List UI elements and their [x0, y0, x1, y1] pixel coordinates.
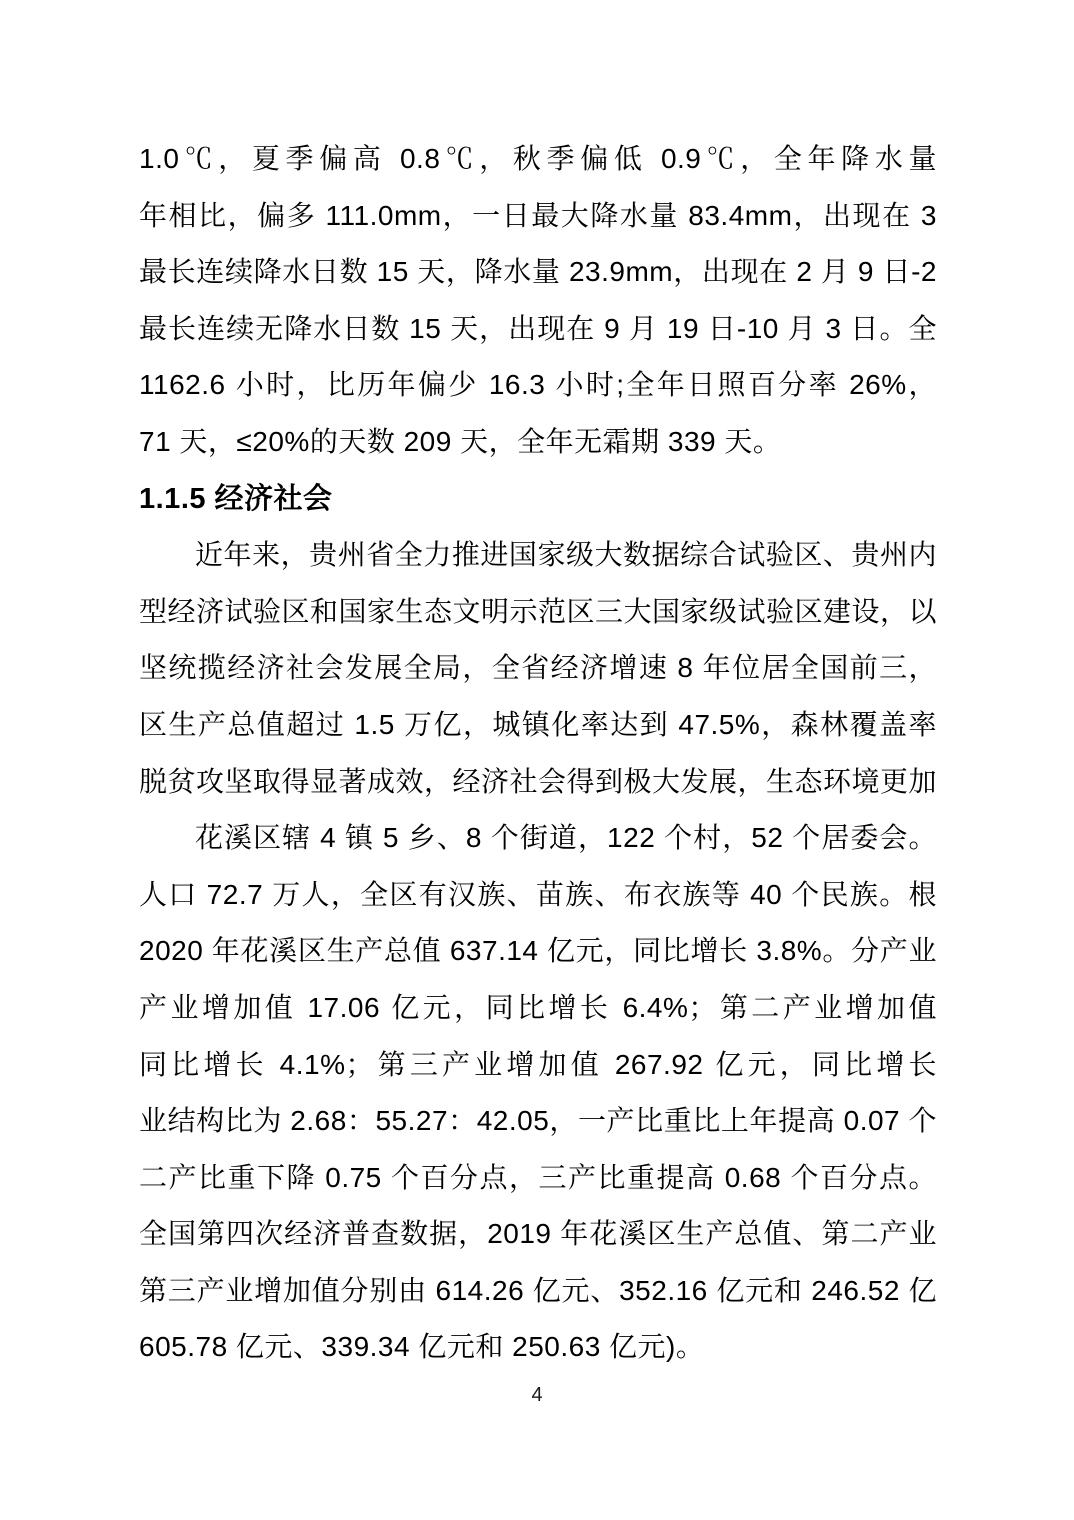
- paragraph-line: 产业增加值 17.06 亿元，同比增长 6.4%；第二产业增加值 352.16 …: [139, 980, 937, 1037]
- paragraph-line: 同比增长 4.1%；第三产业增加值 267.92 亿元，同比增长 3.0%。三次…: [139, 1037, 937, 1094]
- section-heading: 1.1.5 经济社会: [139, 471, 937, 528]
- page-number: 4: [0, 1384, 1074, 1407]
- paragraph-line: 二产比重下降 0.75 个百分点，三产比重提高 0.68 个百分点。(注：根据: [139, 1150, 937, 1207]
- paragraph-line: 第三产业增加值分别由 614.26 亿元、352.16 亿元和 246.52 亿…: [139, 1263, 937, 1320]
- paragraph-line: 花溪区辖 4 镇 5 乡、8 个街道，122 个村，52 个居委会。全区常住: [139, 810, 937, 867]
- paragraph-line: 605.78 亿元、339.34 亿元和 250.63 亿元)。: [139, 1319, 937, 1376]
- paragraph-line: 近年来，贵州省全力推进国家级大数据综合试验区、贵州内陆开放: [139, 527, 937, 584]
- paragraph-line: 业结构比为 2.68：55.27：42.05，一产比重比上年提高 0.07 个百…: [139, 1093, 937, 1150]
- text-column: 1.0℃，夏季偏高 0.8℃，秋季偏低 0.9℃，全年降水量 1215.7mm，…: [139, 131, 937, 1376]
- paragraph-line: 全国第四次经济普查数据，2019 年花溪区生产总值、第二产业增加值和: [139, 1206, 937, 1263]
- paragraph-line: 1.0℃，夏季偏高 0.8℃，秋季偏低 0.9℃，全年降水量 1215.7mm，…: [139, 131, 937, 188]
- paragraph-line: 1162.6 小时，比历年偏少 16.3 小时;全年日照百分率 26%，≥60%…: [139, 357, 937, 414]
- paragraph-line: 脱贫攻坚取得显著成效，经济社会得到极大发展，生态环境更加优美。: [139, 754, 937, 811]
- paragraph-line: 最长连续降水日数 15 天，降水量 23.9mm，出现在 2 月 9 日-2 月…: [139, 244, 937, 301]
- document-page: 1.0℃，夏季偏高 0.8℃，秋季偏低 0.9℃，全年降水量 1215.7mm，…: [0, 0, 1074, 1520]
- paragraph-line: 年相比，偏多 111.0mm，一日最大降水量 83.4mm，出现在 3 月 31…: [139, 188, 937, 245]
- paragraph-line: 型经济试验区和国家生态文明示范区三大国家级试验区建设，以脱贫攻: [139, 584, 937, 641]
- paragraph-line: 人口 72.7 万人，全区有汉族、苗族、布衣族等 40 个民族。根据核算，: [139, 867, 937, 924]
- paragraph-line: 坚统揽经济社会发展全局，全省经济增速 8 年位居全国前三，2018 年地: [139, 640, 937, 697]
- paragraph-line: 最长连续无降水日数 15 天，出现在 9 月 19 日-10 月 3 日。全年日…: [139, 301, 937, 358]
- paragraph-line: 区生产总值超过 1.5 万亿，城镇化率达到 47.5%，森林覆盖率达到 57%，: [139, 697, 937, 754]
- paragraph-line: 71 天，≤20%的天数 209 天，全年无霜期 339 天。: [139, 414, 937, 471]
- paragraph-line: 2020 年花溪区生产总值 637.14 亿元，同比增长 3.8%。分产业看，第…: [139, 923, 937, 980]
